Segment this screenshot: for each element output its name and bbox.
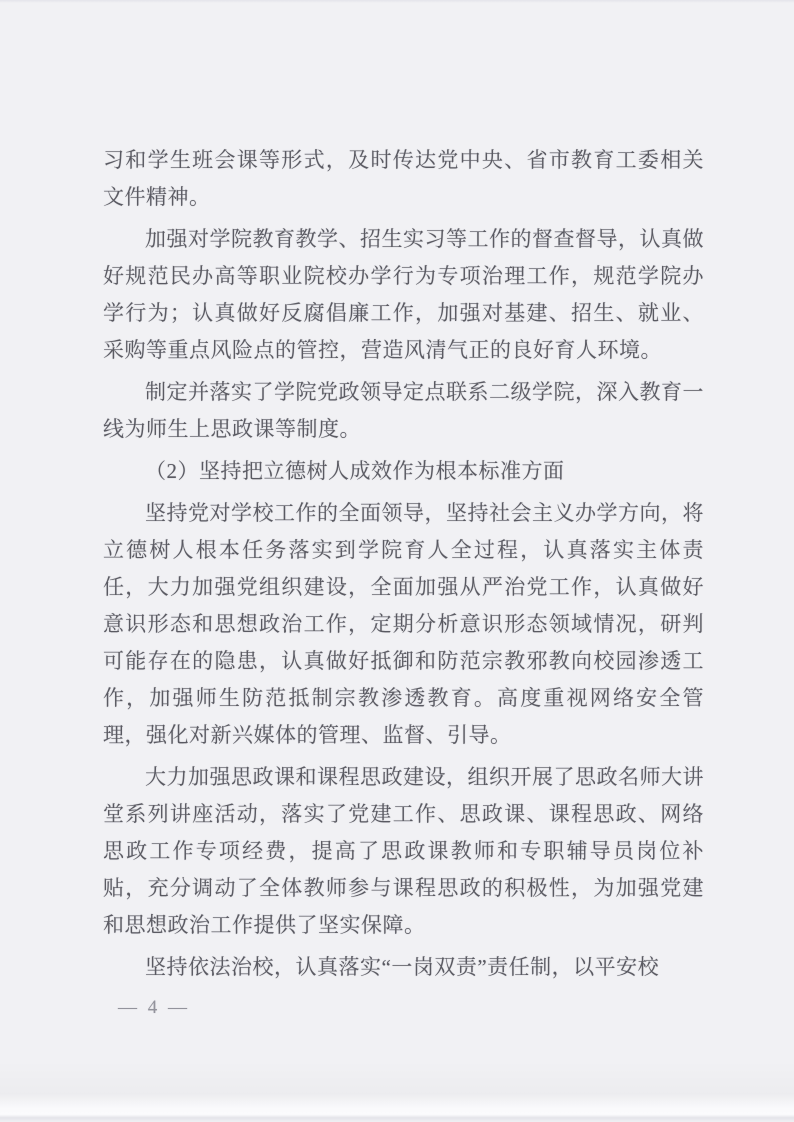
paragraph: 加强对学院教育教学、招生实习等工作的督查督导，认真做好规范民办高等职业院校办学行… bbox=[103, 221, 704, 369]
scan-edge-bottom bbox=[0, 1060, 794, 1122]
paragraph: 大力加强思政课和课程思政建设，组织开展了思政名师大讲堂系列讲座活动，落实了党建工… bbox=[103, 759, 704, 944]
paragraph: 坚持党对学校工作的全面领导，坚持社会主义办学方向，将立德树人根本任务落实到学院育… bbox=[103, 495, 704, 754]
paragraph-cut-off-at-page-end: 坚持依法治校，认真落实“一岗双责”责任制，以平安校 bbox=[103, 949, 704, 986]
scan-edge-top bbox=[0, 0, 794, 3]
document-body-text: 习和学生班会课等形式，及时传达党中央、省市教育工委相关文件精神。 加强对学院教育… bbox=[103, 142, 704, 991]
scanned-document-page: 习和学生班会课等形式，及时传达党中央、省市教育工委相关文件精神。 加强对学院教育… bbox=[0, 0, 794, 1122]
page-number: — 4 — bbox=[118, 997, 190, 1019]
paragraph-continued-from-previous-page: 习和学生班会课等形式，及时传达党中央、省市教育工委相关文件精神。 bbox=[103, 142, 704, 216]
section-heading: （2）坚持把立德树人成效作为根本标准方面 bbox=[103, 453, 704, 490]
paragraph: 制定并落实了学院党政领导定点联系二级学院，深入教育一线为师生上思政课等制度。 bbox=[103, 374, 704, 448]
